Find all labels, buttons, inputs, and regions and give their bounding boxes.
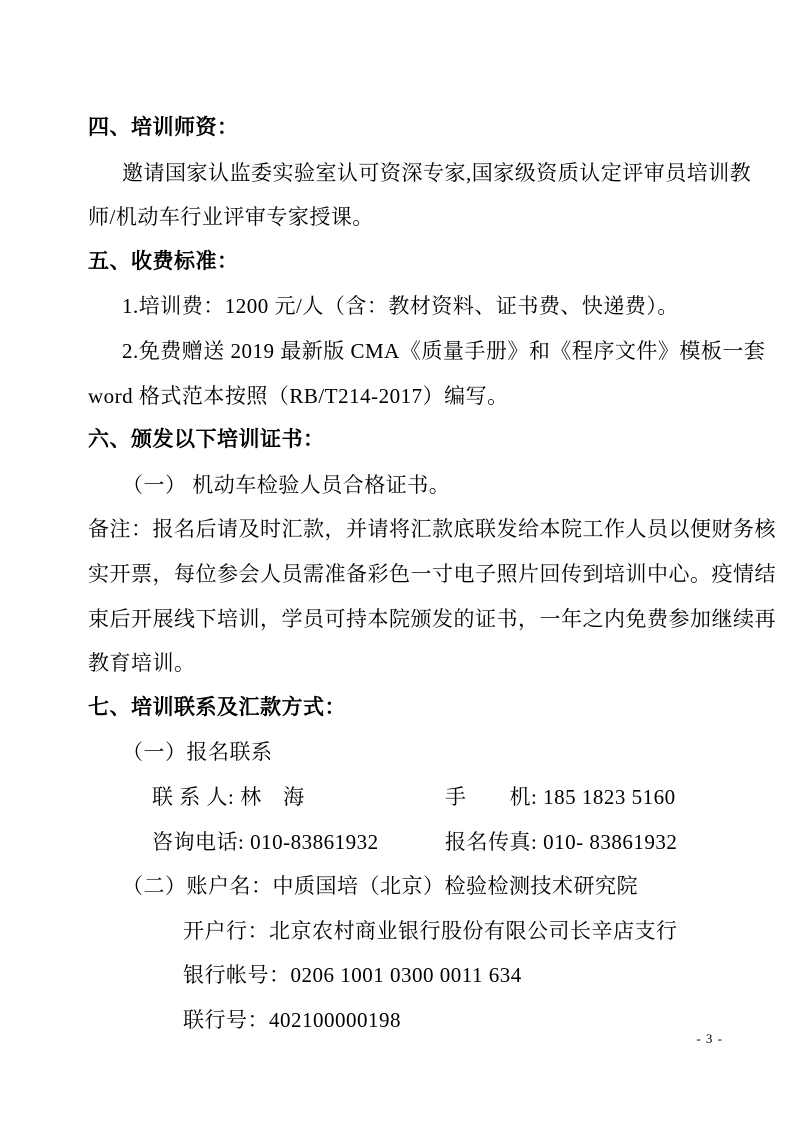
page-number: - 3 - (696, 1031, 723, 1047)
document-page: 四、培训师资： 邀请国家认监委实验室认可资深专家,国家级资质认定评审员培训教 师… (0, 0, 793, 1122)
section6-item1: （一） 机动车检验人员合格证书。 (88, 463, 713, 508)
section7-heading: 七、培训联系及汇款方式： (88, 686, 713, 731)
section6-heading: 六、颁发以下培训证书： (88, 418, 713, 463)
document-body: 四、培训师资： 邀请国家认监委实验室认可资深专家,国家级资质认定评审员培训教 师… (0, 0, 793, 1042)
bank-routing-number: 联行号：402100000198 (88, 998, 713, 1043)
contact-line-2: 咨询电话: 010-83861932 报名传真: 010- 83861932 (88, 820, 713, 865)
contact-fax: 报名传真: 010- 83861932 (445, 820, 677, 865)
section4-paragraph-line1: 邀请国家认监委实验室认可资深专家,国家级资质认定评审员培训教 (88, 151, 713, 196)
section5-item2-line2: word 格式范本按照（RB/T214-2017）编写。 (88, 374, 713, 419)
section7-sub1: （一）报名联系 (88, 730, 713, 775)
section6-note-line4: 教育培训。 (88, 641, 713, 686)
contact-person: 联 系 人: 林 海 (152, 775, 445, 820)
bank-account-number: 银行帐号：0206 1001 0300 0011 634 (88, 953, 713, 998)
section7-sub2-account-name: （二）账户名：中质国培（北京）检验检测技术研究院 (88, 864, 713, 909)
section6-note-line2: 实开票，每位参会人员需准备彩色一寸电子照片回传到培训中心。疫情结 (88, 552, 713, 597)
section6-note-line1: 备注：报名后请及时汇款，并请将汇款底联发给本院工作人员以便财务核 (88, 507, 713, 552)
contact-line-1: 联 系 人: 林 海 手 机: 185 1823 5160 (88, 775, 713, 820)
contact-mobile: 手 机: 185 1823 5160 (445, 775, 676, 820)
section5-item2-line1: 2.免费赠送 2019 最新版 CMA《质量手册》和《程序文件》模板一套 (88, 329, 713, 374)
bank-branch: 开户行：北京农村商业银行股份有限公司长辛店支行 (88, 909, 713, 954)
section5-heading: 五、收费标准： (88, 240, 713, 285)
contact-phone: 咨询电话: 010-83861932 (152, 820, 445, 865)
section4-heading: 四、培训师资： (88, 106, 713, 151)
section6-note-line3: 束后开展线下培训，学员可持本院颁发的证书，一年之内免费参加继续再 (88, 597, 713, 642)
section5-item1: 1.培训费：1200 元/人（含：教材资料、证书费、快递费）。 (88, 284, 713, 329)
section4-paragraph-line2: 师/机动车行业评审专家授课。 (88, 195, 713, 240)
